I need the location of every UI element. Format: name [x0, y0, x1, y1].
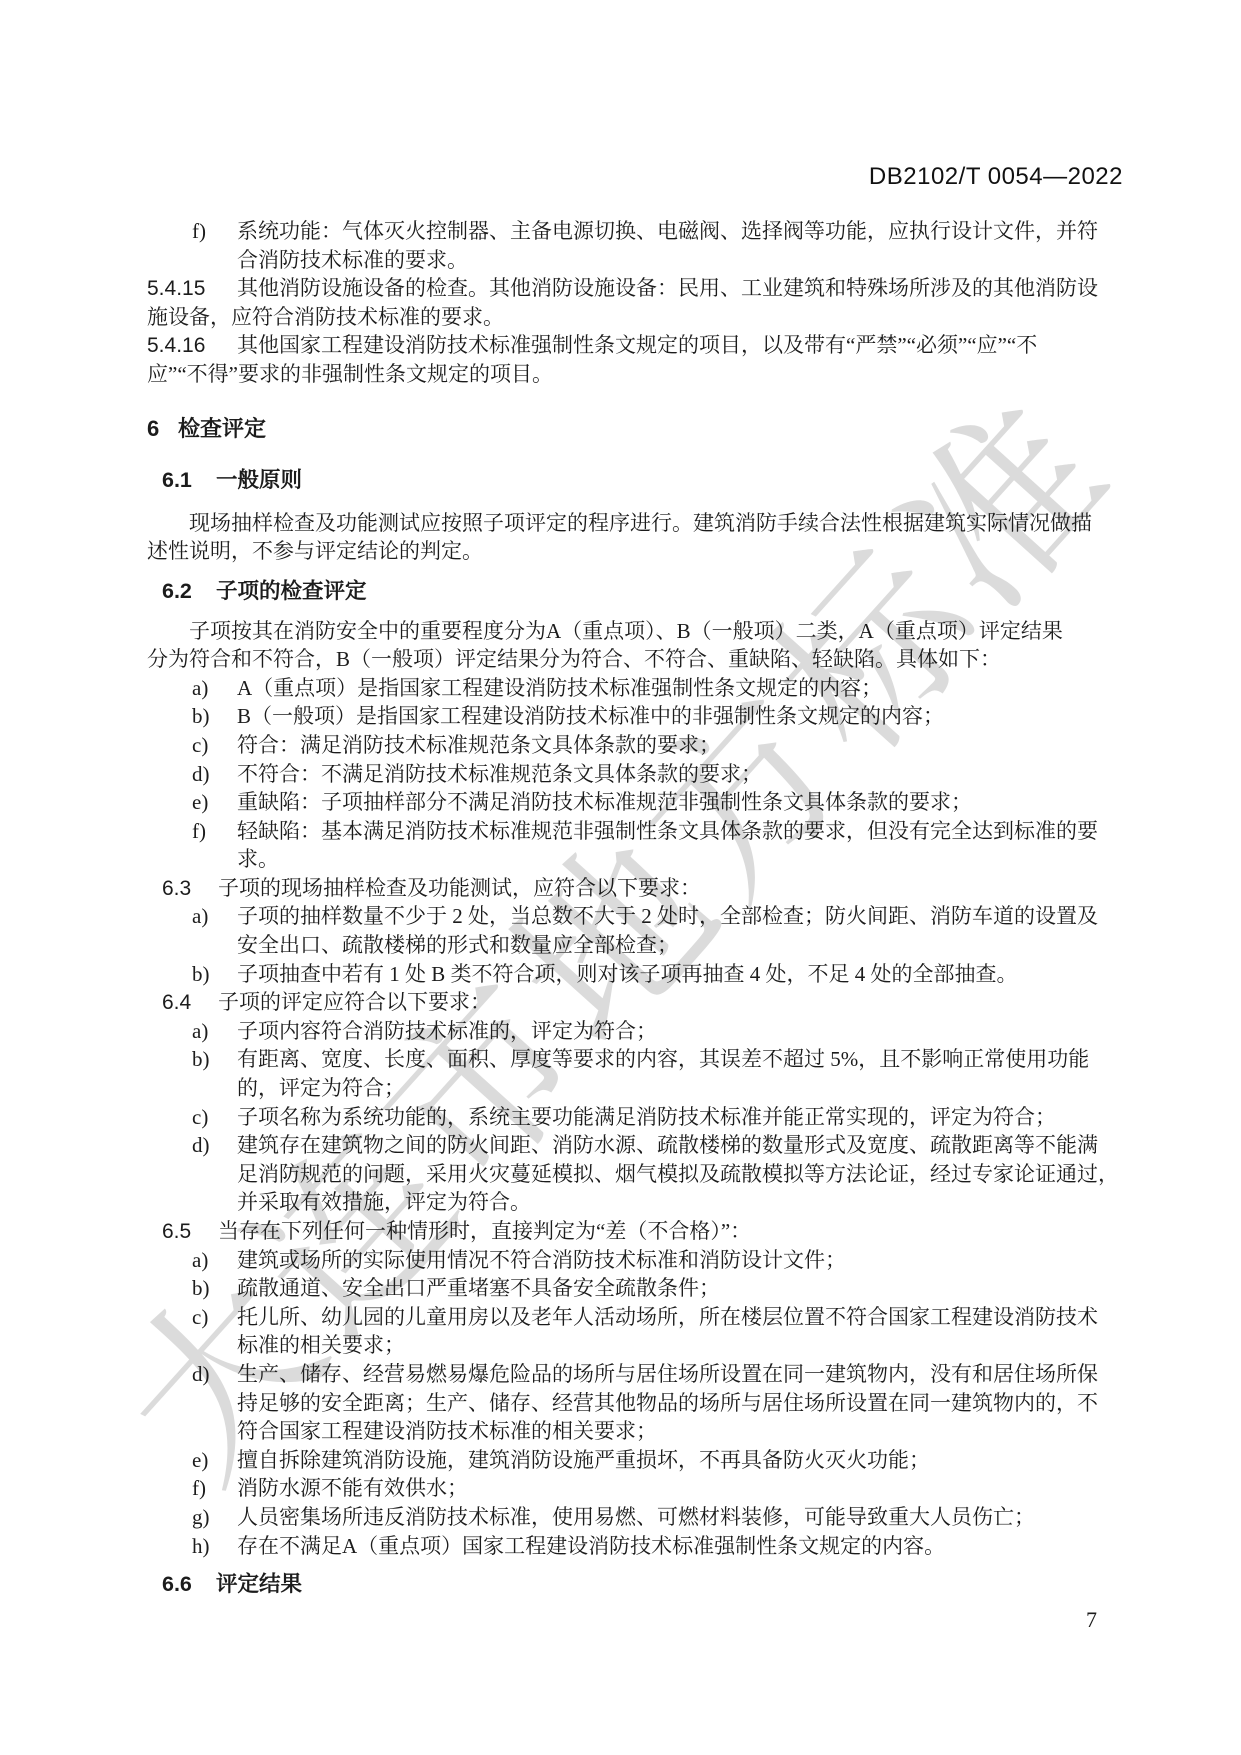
line-text: 足消防规范的问题，采用火灾蔓延模拟、烟气模拟及疏散模拟等方法论证，经过专家论证通…	[237, 1162, 1119, 1186]
line-text: 建筑存在建筑物之间的防火间距、消防水源、疏散楼梯的数量形式及宽度、疏散距离等不能…	[237, 1133, 1098, 1157]
line-label: 5.4.16	[147, 332, 237, 361]
text-line: 求。	[147, 845, 1132, 874]
line-text: 不符合：不满足消防技术标准规范条文具体条款的要求；	[237, 762, 762, 786]
line-label: 6.1	[162, 466, 216, 495]
line-text: 子项名称为系统功能的，系统主要功能满足消防技术标准并能正常实现的，评定为符合；	[237, 1105, 1056, 1129]
line-text: 述性说明，不参与评定结论的判定。	[147, 539, 483, 563]
line-text: 子项的评定应符合以下要求：	[218, 990, 491, 1014]
line-label: a)	[192, 1017, 237, 1046]
line-label: a)	[192, 1246, 237, 1275]
line-label: c)	[192, 1103, 237, 1132]
line-text: 符合：满足消防技术标准规范条文具体条款的要求；	[237, 733, 720, 757]
text-line: e)重缺陷：子项抽样部分不满足消防技术标准规范非强制性条文具体条款的要求；	[147, 788, 1132, 817]
text-line: f)轻缺陷：基本满足消防技术标准规范非强制性条文具体条款的要求，但没有完全达到标…	[147, 817, 1132, 846]
line-text: 求。	[237, 847, 279, 871]
line-label: 6.5	[162, 1218, 218, 1247]
text-line: h)存在不满足A（重点项）国家工程建设消防技术标准强制性条文规定的内容。	[147, 1532, 1132, 1561]
line-text: 建筑或场所的实际使用情况不符合消防技术标准和消防设计文件；	[237, 1248, 846, 1272]
text-line: 符合国家工程建设消防技术标准的相关要求；	[147, 1417, 1132, 1446]
page-number: 7	[1086, 1607, 1097, 1633]
line-text: 符合国家工程建设消防技术标准的相关要求；	[237, 1419, 657, 1443]
line-text: 并采取有效措施，评定为符合。	[237, 1190, 531, 1214]
text-line: a)子项内容符合消防技术标准的，评定为符合；	[147, 1017, 1132, 1046]
text-line: d)生产、储存、经营易燃易爆危险品的场所与居住场所设置在同一建筑物内，没有和居住…	[147, 1360, 1132, 1389]
text-line: 5.4.16其他国家工程建设消防技术标准强制性条文规定的项目，以及带有“严禁”“…	[147, 331, 1132, 360]
line-text: 持足够的安全距离；生产、储存、经营其他物品的场所与居住场所设置在同一建筑物内的，…	[237, 1391, 1098, 1415]
line-label: e)	[192, 1446, 237, 1475]
line-label: b)	[192, 1045, 237, 1074]
text-line: 标准的相关要求；	[147, 1331, 1132, 1360]
line-text: 安全出口、疏散楼梯的形式和数量应全部检查；	[237, 933, 678, 957]
line-text: 子项的抽样数量不少于 2 处，当总数不大于 2 处时，全部检查；防火间距、消防车…	[237, 904, 1098, 928]
line-text: 轻缺陷：基本满足消防技术标准规范非强制性条文具体条款的要求，但没有完全达到标准的…	[237, 819, 1098, 843]
line-text: 子项内容符合消防技术标准的，评定为符合；	[237, 1019, 657, 1043]
line-label: 6.2	[162, 577, 216, 606]
text-line: d)不符合：不满足消防技术标准规范条文具体条款的要求；	[147, 760, 1132, 789]
text-line: c)托儿所、幼儿园的儿童用房以及老年人活动场所，所在楼层位置不符合国家工程建设消…	[147, 1303, 1132, 1332]
document-body: f)系统功能：气体灭火控制器、主备电源切换、电磁阀、选择阀等功能，应执行设计文件…	[147, 217, 1132, 1599]
line-text: 子项抽查中若有 1 处 B 类不符合项，则对该子项再抽查 4 处，不足 4 处的…	[237, 962, 1018, 986]
line-text: 重缺陷：子项抽样部分不满足消防技术标准规范非强制性条文具体条款的要求；	[237, 790, 972, 814]
text-line: b)疏散通道、安全出口严重堵塞不具备安全疏散条件；	[147, 1274, 1132, 1303]
line-label: 6.3	[162, 875, 218, 904]
text-line: 并采取有效措施，评定为符合。	[147, 1188, 1132, 1217]
line-label: h)	[192, 1532, 237, 1561]
text-line: c)子项名称为系统功能的，系统主要功能满足消防技术标准并能正常实现的，评定为符合…	[147, 1103, 1132, 1132]
text-line: b)子项抽查中若有 1 处 B 类不符合项，则对该子项再抽查 4 处，不足 4 …	[147, 960, 1132, 989]
line-text: 其他消防设施设备的检查。其他消防设施设备：民用、工业建筑和特殊场所涉及的其他消防…	[237, 276, 1098, 300]
line-text: 子项按其在消防安全中的重要程度分为A（重点项）、B（一般项）二类，A（重点项）评…	[189, 619, 1063, 643]
line-label: c)	[192, 731, 237, 760]
text-line: d)建筑存在建筑物之间的防火间距、消防水源、疏散楼梯的数量形式及宽度、疏散距离等…	[147, 1131, 1132, 1160]
section-heading: 6.1一般原则	[147, 466, 1132, 495]
line-text: 托儿所、幼儿园的儿童用房以及老年人活动场所，所在楼层位置不符合国家工程建设消防技…	[237, 1305, 1098, 1329]
text-line: 现场抽样检查及功能测试应按照子项评定的程序进行。建筑消防手续合法性根据建筑实际情…	[147, 509, 1132, 538]
line-text: 分为符合和不符合，B（一般项）评定结果分为符合、不符合、重缺陷、轻缺陷。具体如下…	[147, 647, 1001, 671]
line-text: 子项的现场抽样检查及功能测试，应符合以下要求：	[218, 876, 701, 900]
text-line: a)子项的抽样数量不少于 2 处，当总数不大于 2 处时，全部检查；防火间距、消…	[147, 902, 1132, 931]
text-line: c)符合：满足消防技术标准规范条文具体条款的要求；	[147, 731, 1132, 760]
section-heading: 6.6评定结果	[147, 1570, 1132, 1599]
text-line: 6.5当存在下列任何一种情形时，直接判定为“差（不合格）”：	[147, 1217, 1132, 1246]
line-text: 存在不满足A（重点项）国家工程建设消防技术标准强制性条文规定的内容。	[237, 1534, 945, 1558]
line-label: a)	[192, 674, 237, 703]
line-label: f)	[192, 217, 237, 246]
line-label: b)	[192, 960, 237, 989]
line-text: B（一般项）是指国家工程建设消防技术标准中的非强制性条文规定的内容；	[237, 704, 944, 728]
line-text: 疏散通道、安全出口严重堵塞不具备安全疏散条件；	[237, 1276, 720, 1300]
line-label: f)	[192, 817, 237, 846]
line-text: 合消防技术标准的要求。	[237, 248, 468, 272]
text-line: 的，评定为符合；	[147, 1074, 1132, 1103]
text-line: 足消防规范的问题，采用火灾蔓延模拟、烟气模拟及疏散模拟等方法论证，经过专家论证通…	[147, 1160, 1132, 1189]
line-text: 系统功能：气体灭火控制器、主备电源切换、电磁阀、选择阀等功能，应执行设计文件，并…	[237, 219, 1098, 243]
line-text: 当存在下列任何一种情形时，直接判定为“差（不合格）”：	[218, 1219, 751, 1243]
line-label: 6.4	[162, 989, 218, 1018]
page-container: 大连市地方标准 DB2102/T 0054—2022 f)系统功能：气体灭火控制…	[0, 0, 1241, 1755]
text-line: f)消防水源不能有效供水；	[147, 1474, 1132, 1503]
text-line: 合消防技术标准的要求。	[147, 246, 1132, 275]
line-label: e)	[192, 788, 237, 817]
text-line: 6.4子项的评定应符合以下要求：	[147, 988, 1132, 1017]
section-heading: 6检查评定	[147, 415, 1132, 444]
line-text: A（重点项）是指国家工程建设消防技术标准强制性条文规定的内容；	[237, 676, 882, 700]
line-text: 检查评定	[178, 416, 266, 441]
line-text: 人员密集场所违反消防技术标准，使用易燃、可燃材料装修，可能导致重大人员伤亡；	[237, 1505, 1035, 1529]
line-text: 有距离、宽度、长度、面积、厚度等要求的内容，其误差不超过 5%，且不影响正常使用…	[237, 1047, 1089, 1071]
line-label: 6.6	[162, 1570, 216, 1599]
text-line: 6.3子项的现场抽样检查及功能测试，应符合以下要求：	[147, 874, 1132, 903]
line-label: b)	[192, 702, 237, 731]
text-line: b)有距离、宽度、长度、面积、厚度等要求的内容，其误差不超过 5%，且不影响正常…	[147, 1045, 1132, 1074]
line-label: d)	[192, 1131, 237, 1160]
line-text: 施设备，应符合消防技术标准的要求。	[147, 305, 504, 329]
line-text: 擅自拆除建筑消防设施，建筑消防设施严重损坏，不再具备防火灭火功能；	[237, 1448, 930, 1472]
text-line: 应”“不得”要求的非强制性条文规定的项目。	[147, 360, 1132, 389]
line-label: d)	[192, 1360, 237, 1389]
line-label: g)	[192, 1503, 237, 1532]
line-label: 5.4.15	[147, 275, 237, 304]
line-label: a)	[192, 902, 237, 931]
text-line: 子项按其在消防安全中的重要程度分为A（重点项）、B（一般项）二类，A（重点项）评…	[147, 617, 1132, 646]
text-line: f)系统功能：气体灭火控制器、主备电源切换、电磁阀、选择阀等功能，应执行设计文件…	[147, 217, 1132, 246]
text-line: b)B（一般项）是指国家工程建设消防技术标准中的非强制性条文规定的内容；	[147, 702, 1132, 731]
text-line: 述性说明，不参与评定结论的判定。	[147, 537, 1132, 566]
line-label: b)	[192, 1274, 237, 1303]
line-text: 应”“不得”要求的非强制性条文规定的项目。	[147, 362, 553, 386]
text-line: a)建筑或场所的实际使用情况不符合消防技术标准和消防设计文件；	[147, 1246, 1132, 1275]
line-text: 子项的检查评定	[216, 579, 367, 603]
line-label: 6	[147, 415, 178, 444]
line-label: f)	[192, 1474, 237, 1503]
line-text: 现场抽样检查及功能测试应按照子项评定的程序进行。建筑消防手续合法性根据建筑实际情…	[189, 511, 1092, 535]
document-code-header: DB2102/T 0054—2022	[869, 163, 1123, 191]
text-line: 分为符合和不符合，B（一般项）评定结果分为符合、不符合、重缺陷、轻缺陷。具体如下…	[147, 645, 1132, 674]
text-line: g)人员密集场所违反消防技术标准，使用易燃、可燃材料装修，可能导致重大人员伤亡；	[147, 1503, 1132, 1532]
line-label: d)	[192, 760, 237, 789]
text-line: 施设备，应符合消防技术标准的要求。	[147, 303, 1132, 332]
line-text: 消防水源不能有效供水；	[237, 1476, 468, 1500]
text-line: 安全出口、疏散楼梯的形式和数量应全部检查；	[147, 931, 1132, 960]
line-text: 生产、储存、经营易燃易爆危险品的场所与居住场所设置在同一建筑物内，没有和居住场所…	[237, 1362, 1098, 1386]
text-line: e)擅自拆除建筑消防设施，建筑消防设施严重损坏，不再具备防火灭火功能；	[147, 1446, 1132, 1475]
line-text: 一般原则	[216, 468, 302, 492]
text-line: a)A（重点项）是指国家工程建设消防技术标准强制性条文规定的内容；	[147, 674, 1132, 703]
line-text: 标准的相关要求；	[237, 1333, 405, 1357]
text-line: 5.4.15其他消防设施设备的检查。其他消防设施设备：民用、工业建筑和特殊场所涉…	[147, 274, 1132, 303]
section-heading: 6.2子项的检查评定	[147, 577, 1132, 606]
line-text: 的，评定为符合；	[237, 1076, 405, 1100]
line-text: 评定结果	[216, 1572, 302, 1596]
line-text: 其他国家工程建设消防技术标准强制性条文规定的项目，以及带有“严禁”“必须”“应”…	[237, 333, 1037, 357]
text-line: 持足够的安全距离；生产、储存、经营其他物品的场所与居住场所设置在同一建筑物内的，…	[147, 1389, 1132, 1418]
line-label: c)	[192, 1303, 237, 1332]
